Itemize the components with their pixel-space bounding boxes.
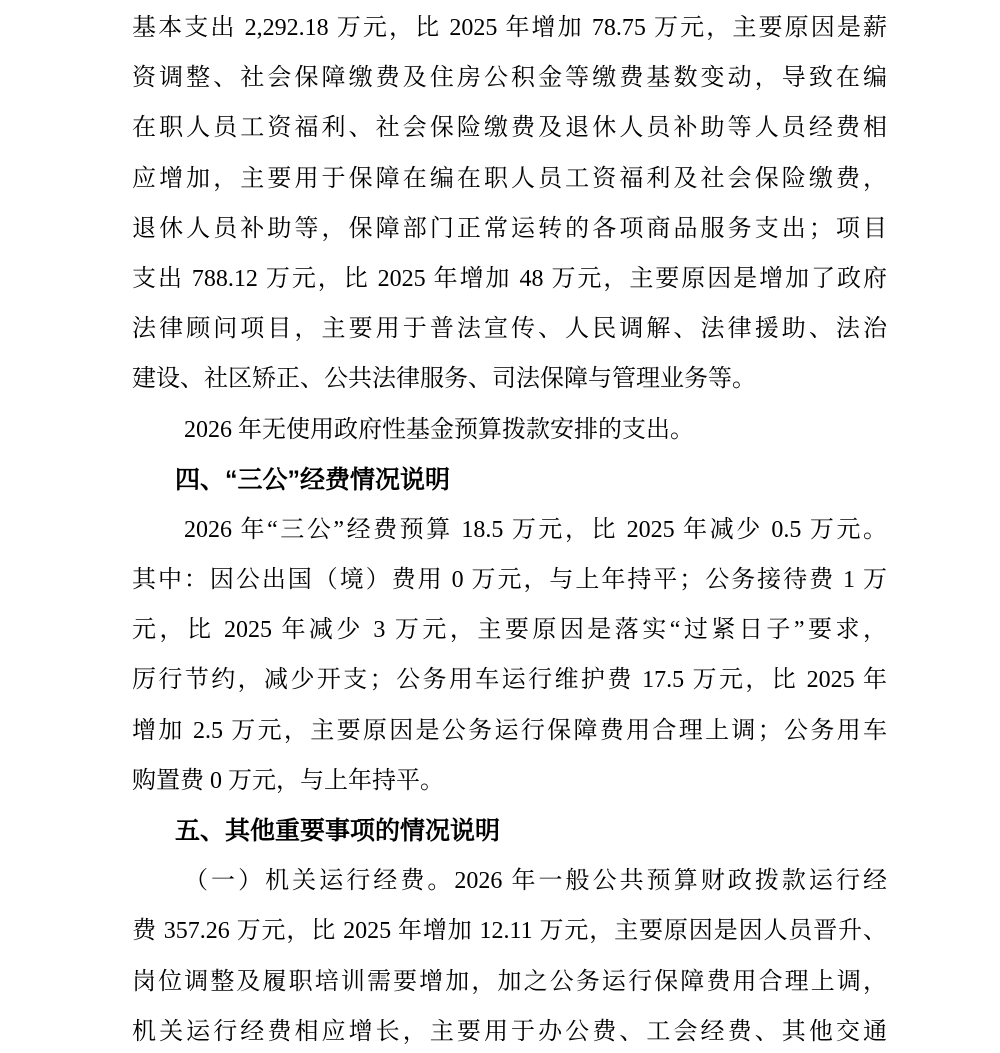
paragraph: （一）机关运行经费。2026 年一般公共预算财政拨款运行经费 357.26 万元… <box>132 856 887 1053</box>
text-line: 其中：因公出国（境）费用 0 万元，与上年持平；公务接待费 1 万 <box>132 555 887 605</box>
paragraph: 2026 年无使用政府性基金预算拨款安排的支出。 <box>132 405 887 455</box>
paragraph: 2026 年“三公”经费预算 18.5 万元，比 2025 年减少 0.5 万元… <box>132 505 887 806</box>
text-line: 2026 年无使用政府性基金预算拨款安排的支出。 <box>132 405 887 455</box>
document-page: 基本支出 2,292.18 万元，比 2025 年增加 78.75 万元，主要原… <box>132 3 887 1053</box>
text-line: 基本支出 2,292.18 万元，比 2025 年增加 78.75 万元，主要原… <box>132 3 887 53</box>
text-line: 支出 788.12 万元，比 2025 年增加 48 万元，主要原因是增加了政府 <box>132 254 887 304</box>
text-line: 机关运行经费相应增长，主要用于办公费、工会经费、其他交通 <box>132 1007 887 1053</box>
text-line: 法律顾问项目，主要用于普法宣传、人民调解、法律援助、法治 <box>132 304 887 354</box>
section-heading: 四、“三公”经费情况说明 <box>132 455 887 505</box>
text-line: 应增加，主要用于保障在编在职人员工资福利及社会保险缴费， <box>132 154 887 204</box>
text-line: （一）机关运行经费。2026 年一般公共预算财政拨款运行经 <box>132 856 887 906</box>
text-line: 在职人员工资福利、社会保险缴费及退休人员补助等人员经费相 <box>132 103 887 153</box>
text-line: 资调整、社会保障缴费及住房公积金等缴费基数变动，导致在编 <box>132 53 887 103</box>
text-line: 增加 2.5 万元，主要原因是公务运行保障费用合理上调；公务用车 <box>132 706 887 756</box>
text-line: 厉行节约，减少开支；公务用车运行维护费 17.5 万元，比 2025 年 <box>132 655 887 705</box>
text-line: 费 357.26 万元，比 2025 年增加 12.11 万元，主要原因是因人员… <box>132 906 887 956</box>
heading-text-line: 五、其他重要事项的情况说明 <box>132 806 887 856</box>
page-background: { "colors": { "background": "#ffffff", "… <box>0 0 1000 1053</box>
text-line: 退休人员补助等，保障部门正常运转的各项商品服务支出；项目 <box>132 204 887 254</box>
section-heading: 五、其他重要事项的情况说明 <box>132 806 887 856</box>
heading-text-line: 四、“三公”经费情况说明 <box>132 455 887 505</box>
paragraph: 基本支出 2,292.18 万元，比 2025 年增加 78.75 万元，主要原… <box>132 3 887 405</box>
text-line: 岗位调整及履职培训需要增加，加之公务运行保障费用合理上调， <box>132 957 887 1007</box>
text-line: 2026 年“三公”经费预算 18.5 万元，比 2025 年减少 0.5 万元… <box>132 505 887 555</box>
text-line: 建设、社区矫正、公共法律服务、司法保障与管理业务等。 <box>132 354 887 404</box>
text-line: 购置费 0 万元，与上年持平。 <box>132 756 887 806</box>
text-line: 元，比 2025 年减少 3 万元，主要原因是落实“过紧日子”要求， <box>132 605 887 655</box>
